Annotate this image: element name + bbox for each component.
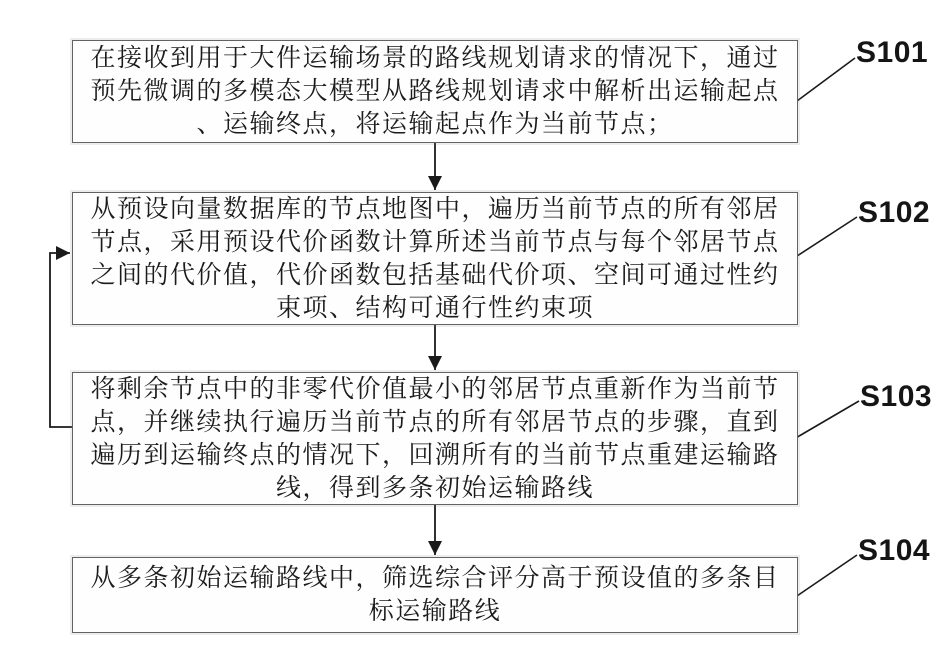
leader-line-s102 xyxy=(794,217,857,258)
step-box-s101: 在接收到用于大件运输场景的路线规划请求的情况下，通过 预先微调的多模态大模型从路… xyxy=(72,40,798,143)
leader-line-s104 xyxy=(794,555,857,598)
step-text-line: 将剩余节点中的非零代价值最小的邻居节点重新作为当前节 xyxy=(83,373,787,406)
step-text-line: 从预设向量数据库的节点地图中，遍历当前节点的所有邻居 xyxy=(83,193,787,226)
step-label-s101: S101 xyxy=(856,36,928,70)
leader-line-s103 xyxy=(794,401,859,439)
step-text-line: 点，并继续执行遍历当前节点的所有邻居节点的步骤，直到 xyxy=(83,406,787,439)
patent-flowchart: 在接收到用于大件运输场景的路线规划请求的情况下，通过 预先微调的多模态大模型从路… xyxy=(0,0,943,659)
step-box-s104: 从多条初始运输路线中，筛选综合评分高于预设值的多条目 标运输路线 xyxy=(72,557,798,633)
step-text-line: 预先微调的多模态大模型从路线规划请求中解析出运输起点 xyxy=(83,75,787,108)
step-box-s102: 从预设向量数据库的节点地图中，遍历当前节点的所有邻居 节点，采用预设代价函数计算… xyxy=(72,192,798,325)
step-text-line: 节点，采用预设代价函数计算所述当前节点与每个邻居节点 xyxy=(83,226,787,259)
step-text-line: 束项、结构可通行性约束项 xyxy=(83,292,787,325)
step-text-line: 线，得到多条初始运输路线 xyxy=(83,472,787,505)
leader-line-s101 xyxy=(797,58,855,101)
step-box-s103: 将剩余节点中的非零代价值最小的邻居节点重新作为当前节 点，并继续执行遍历当前节点… xyxy=(72,372,798,505)
step-text-line: 遍历到运输终点的情况下，回溯所有的当前节点重建运输路 xyxy=(83,439,787,472)
step-label-s103: S103 xyxy=(860,380,932,414)
loop-arrow-icon-s103-s102 xyxy=(50,253,72,427)
step-label-s104: S104 xyxy=(858,534,930,568)
step-text-line: 从多条初始运输路线中，筛选综合评分高于预设值的多条目 xyxy=(83,562,787,595)
step-text-line: 、运输终点，将运输起点作为当前节点； xyxy=(83,108,787,141)
step-text-line: 之间的代价值，代价函数包括基础代价项、空间可通过性约 xyxy=(83,259,787,292)
step-text-line: 标运输路线 xyxy=(83,595,787,628)
step-label-s102: S102 xyxy=(858,196,930,230)
step-text-line: 在接收到用于大件运输场景的路线规划请求的情况下，通过 xyxy=(83,42,787,75)
